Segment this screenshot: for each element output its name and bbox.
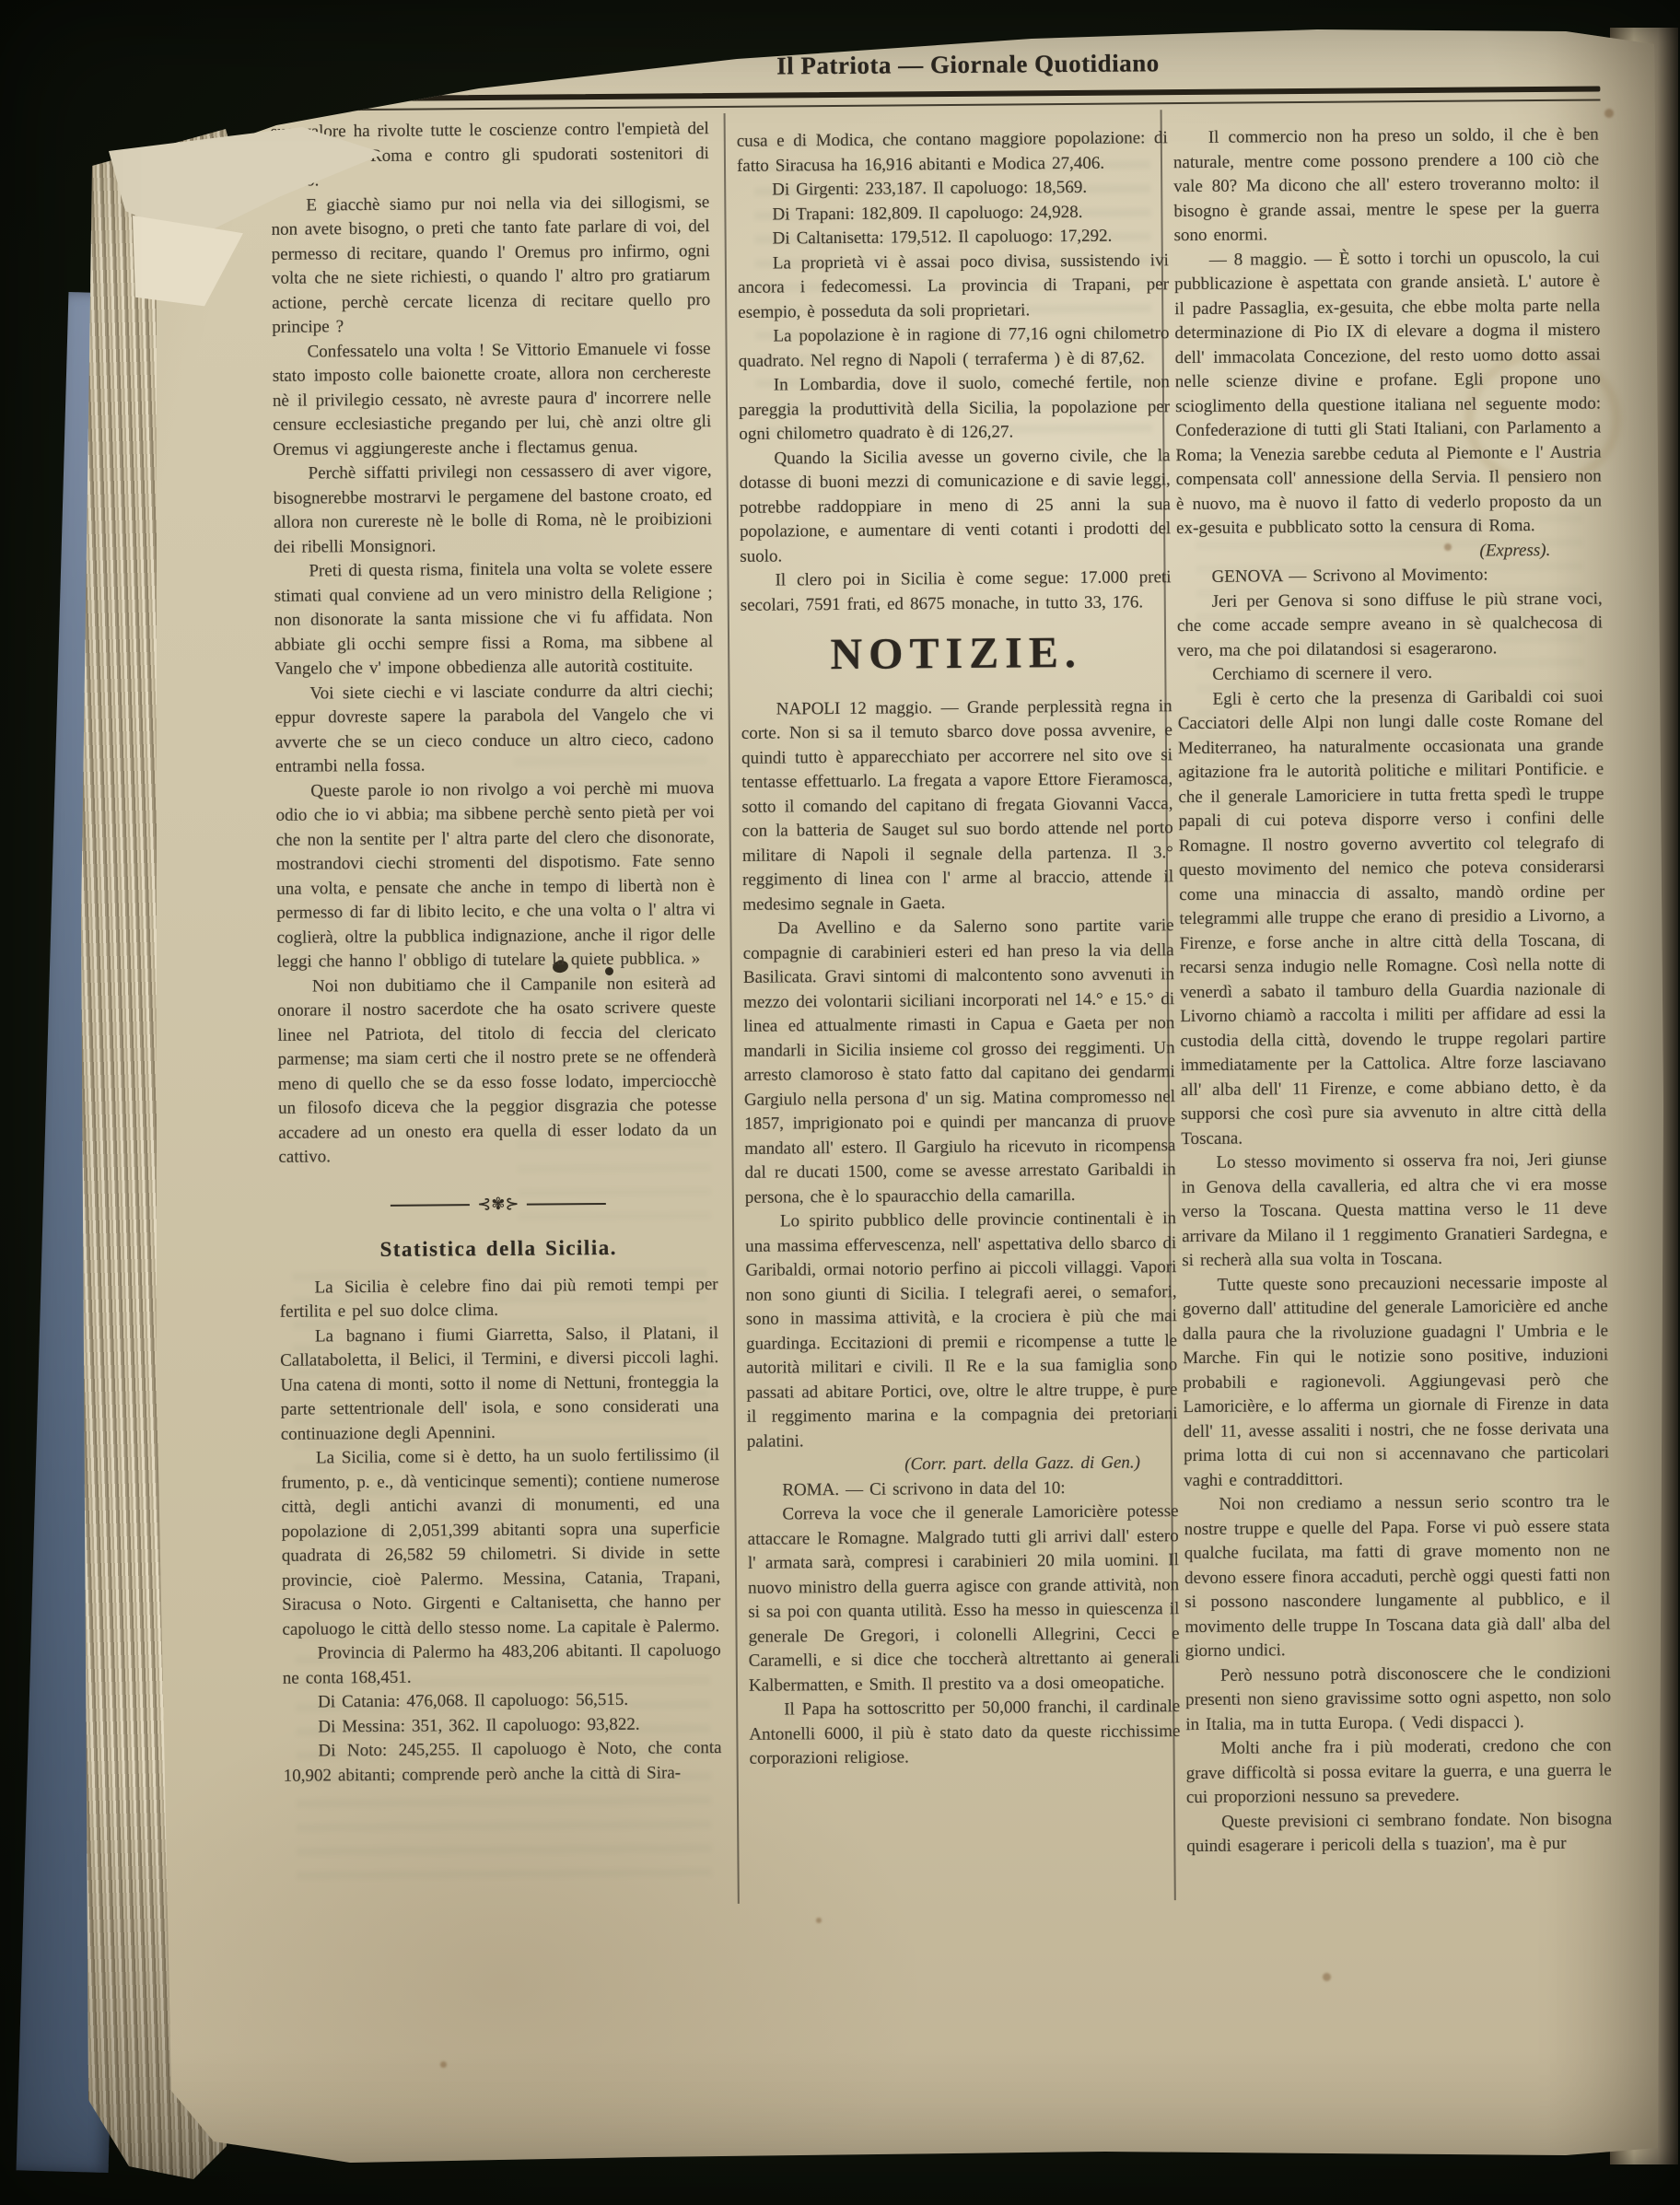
paragraph: Voi siete ciechi e vi lasciate condurre … bbox=[274, 679, 714, 780]
printed-area: Il Patriota — Giornale Quotidiano suo va… bbox=[0, 0, 1680, 2205]
paragraph: Noi non dubitiamo che il Campanile non e… bbox=[277, 972, 717, 1171]
paragraph: Correva la voce che il generale Lamorici… bbox=[747, 1499, 1180, 1698]
paragraph: In Lombardia, dove il suolo, comeché fer… bbox=[739, 370, 1171, 447]
article-heading-statistica: Statistica della Sicilia. bbox=[279, 1235, 717, 1263]
credit-line: (Corr. part. della Gazz. di Gen.) bbox=[747, 1451, 1178, 1478]
paragraph: Di Noto: 245,255. Il capoluogo è Noto, c… bbox=[283, 1736, 721, 1789]
paragraph: ROMA. — Ci scrivono in data del 10: bbox=[747, 1476, 1178, 1503]
paragraph: Preti di questa risma, finitela una volt… bbox=[274, 556, 713, 682]
newspaper-page: Il Patriota — Giornale Quotidiano suo va… bbox=[0, 0, 1680, 2205]
column-3: Il commercio non ha preso un soldo, il c… bbox=[1173, 122, 1613, 1859]
paragraph: Provincia di Palermo ha 483,206 abitanti… bbox=[283, 1639, 721, 1691]
paragraph: Cerchiamo di scernere il vero. bbox=[1177, 659, 1603, 687]
paragraph: La Sicilia, come si è detto, ha un suolo… bbox=[281, 1443, 721, 1642]
column-1: suo valore ha rivolte tutte le coscienze… bbox=[271, 117, 722, 1789]
paragraph: Di Catania: 476,068. Il capoluogo: 56,51… bbox=[283, 1687, 721, 1715]
ornament-separator: ⊰✾⊱ bbox=[279, 1191, 717, 1219]
paragraph: Di Caltanisetta: 179,512. Il capoluogo: … bbox=[738, 224, 1169, 251]
paragraph: Egli è certo che la presenza di Garibald… bbox=[1177, 684, 1606, 1151]
column-2: cusa e di Modica, che contano maggiore p… bbox=[737, 126, 1181, 1771]
paragraph: Perchè siffatti privilegi non cessassero… bbox=[274, 459, 713, 560]
paragraph: Il clero poi in Sicilia è come segue: 17… bbox=[740, 566, 1171, 618]
paragraph: Lo spirito pubblico delle provincie cont… bbox=[745, 1207, 1178, 1454]
paragraph: NAPOLI 12 maggio. — Grande perplessità r… bbox=[741, 694, 1174, 917]
paragraph: La popolazione è in ragione di 77,16 ogn… bbox=[738, 321, 1169, 374]
paragraph: Quando la Sicilia avesse un governo civi… bbox=[739, 444, 1171, 569]
paragraph: Molti anche fra i più moderati, credono … bbox=[1185, 1733, 1612, 1810]
paragraph: — 8 maggio. — È sotto i torchi un opusco… bbox=[1174, 245, 1602, 542]
paragraph: Queste previsioni ci sembrano fondate. N… bbox=[1186, 1807, 1612, 1860]
paragraph: Noi non crediamo a nessun serio scontro … bbox=[1184, 1489, 1610, 1663]
paragraph: La bagnano i fiumi Giarretta, Salso, il … bbox=[280, 1322, 719, 1447]
paragraph: Lo stesso movimento si osserva fra noi, … bbox=[1181, 1148, 1607, 1273]
photographed-newspaper-scan: Il Patriota — Giornale Quotidiano suo va… bbox=[0, 0, 1680, 2205]
credit-line: (Express). bbox=[1176, 538, 1602, 566]
paragraph: Di Trapani: 182,809. Il capoluogo: 24,92… bbox=[737, 200, 1168, 227]
paragraph: Confessatelo una volta ! Se Vittorio Ema… bbox=[272, 337, 711, 462]
paragraph-continuation: cusa e di Modica, che contano maggiore p… bbox=[737, 126, 1168, 179]
paragraph: Queste parole io non rivolgo a voi perch… bbox=[275, 776, 716, 975]
paragraph: Di Messina: 351, 362. Il capoluogo: 93,8… bbox=[283, 1712, 721, 1740]
paragraph: Tutte queste sono precauzioni necessarie… bbox=[1182, 1270, 1609, 1493]
paragraph: Di Girgenti: 233,187. Il capoluogo: 18,5… bbox=[737, 175, 1168, 203]
paragraph: La proprietà vi è assai poco divisa, sus… bbox=[738, 249, 1170, 325]
paragraph: Però nessuno potrà disconoscere che le c… bbox=[1185, 1661, 1612, 1737]
paragraph: Jeri per Genova si sono diffuse le più s… bbox=[1177, 587, 1604, 663]
section-title-notizie: NOTIZIE. bbox=[741, 640, 1172, 668]
paragraph: La Sicilia è celebre fino dai più remoti… bbox=[279, 1273, 717, 1325]
paragraph: Il Papa ha sottoscritto per 50,000 franc… bbox=[749, 1695, 1181, 1771]
column-divider bbox=[724, 113, 740, 1904]
paragraph: Il commercio non ha preso un soldo, il c… bbox=[1173, 122, 1600, 248]
newspaper-masthead-title: Il Patriota — Giornale Quotidiano bbox=[776, 49, 1160, 80]
masthead-rule-thin bbox=[254, 99, 1601, 111]
paragraph: GENOVA — Scrivono al Movimento: bbox=[1176, 562, 1602, 589]
paragraph: E giacchè siamo pur noi nella via dei si… bbox=[271, 191, 710, 341]
paragraph: Da Avellino e da Salerno sono partite va… bbox=[742, 914, 1175, 1210]
